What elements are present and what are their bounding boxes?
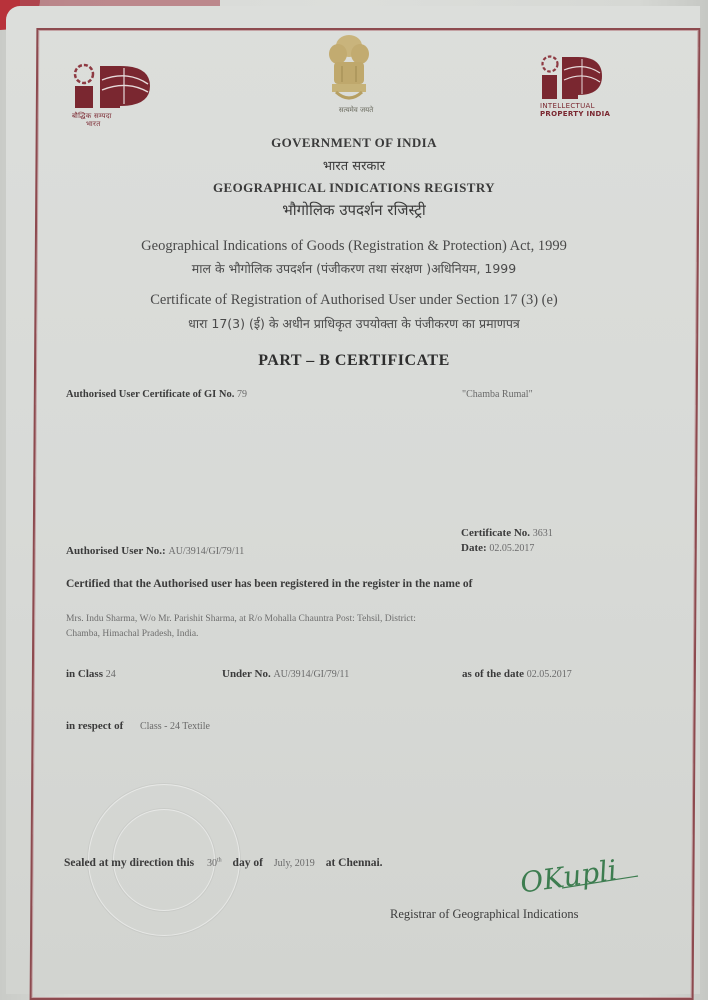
as-of-date-label: as of the date xyxy=(462,668,524,680)
ashoka-lion-emblem-icon xyxy=(324,32,374,106)
gi-label: Authorised User Certificate of GI No. xyxy=(66,389,234,400)
class-value: 24 xyxy=(106,669,116,680)
authorised-user-number: AU/3914/GI/79/11 xyxy=(168,546,244,557)
registry-title: GEOGRAPHICAL INDICATIONS REGISTRY xyxy=(0,180,708,196)
day-of-label: day of xyxy=(233,857,263,869)
authorised-user-row: Authorised User No.: AU/3914/GI/79/11 xyxy=(66,545,244,557)
as-of-date-value: 02.05.2017 xyxy=(527,669,572,680)
registry-title-hindi: भौगोलिक उपदर्शन रजिस्ट्री xyxy=(0,200,708,220)
right-logo-caption-1: INTELLECTUAL xyxy=(540,102,610,110)
in-respect-of-value: Class - 24 Textile xyxy=(140,721,210,732)
certificate-number: 3631 xyxy=(533,528,553,539)
emblem-caption: सत्यमेव जयते xyxy=(324,106,388,115)
under-number-row: Under No. AU/3914/GI/79/11 xyxy=(222,668,349,680)
under-number-label: Under No. xyxy=(222,668,271,680)
under-number-value: AU/3914/GI/79/11 xyxy=(273,669,349,680)
ip-logo-icon xyxy=(72,62,154,112)
certificate-number-row: Certificate No. 3631 xyxy=(461,527,553,539)
section-title: Certificate of Registration of Authorise… xyxy=(0,292,708,309)
sealed-statement: Sealed at my direction this 30th day of … xyxy=(64,857,383,869)
registrant-line-1: Mrs. Indu Sharma, W/o Mr. Parishit Sharm… xyxy=(66,612,656,627)
sealed-prefix: Sealed at my direction this xyxy=(64,857,194,869)
left-logo-caption-1: बौद्धिक सम्पदा xyxy=(72,112,154,120)
authorised-user-label: Authorised User No.: xyxy=(66,545,166,557)
government-title-hindi: भारत सरकार xyxy=(0,156,708,174)
sealed-place: at Chennai. xyxy=(326,857,383,869)
section-title-hindi: धारा 17(3) (ई) के अधीन प्राधिकृत उपयोक्त… xyxy=(0,315,708,332)
in-respect-of-label: in respect of xyxy=(66,720,123,732)
certificate-date-label: Date: xyxy=(461,542,487,554)
certified-statement: Certified that the Authorised user has b… xyxy=(66,578,473,590)
signatory-title: Registrar of Geographical Indications xyxy=(390,907,578,922)
gi-number-row: Authorised User Certificate of GI No. 79 xyxy=(66,389,247,400)
ip-india-logo-right: INTELLECTUAL PROPERTY INDIA xyxy=(540,54,610,118)
class-label: in Class xyxy=(66,668,103,680)
sealed-month-year: July, 2019 xyxy=(274,858,315,869)
signature-flourish-icon xyxy=(560,872,640,892)
sealed-day: 30th xyxy=(207,858,222,869)
act-title-hindi: माल के भौगोलिक उपदर्शन (पंजीकरण तथा संरक… xyxy=(0,260,708,277)
gi-name: "Chamba Rumal" xyxy=(462,389,533,400)
in-respect-of-row: in respect of Class - 24 Textile xyxy=(66,720,210,732)
ip-india-logo-left: बौद्धिक सम्पदा भारत xyxy=(72,62,154,128)
state-emblem: सत्यमेव जयते xyxy=(324,32,388,115)
certificate-date-row: Date: 02.05.2017 xyxy=(461,542,534,554)
act-title: Geographical Indications of Goods (Regis… xyxy=(0,238,708,255)
certificate-number-label: Certificate No. xyxy=(461,527,530,539)
registrant-details: Mrs. Indu Sharma, W/o Mr. Parishit Sharm… xyxy=(66,612,656,642)
certificate-title: PART – B CERTIFICATE xyxy=(0,352,708,370)
gi-number: 79 xyxy=(237,389,247,400)
left-logo-caption-2: भारत xyxy=(72,120,154,128)
ip-logo-icon xyxy=(540,54,604,102)
class-row: in Class 24 xyxy=(66,668,116,680)
certificate-date: 02.05.2017 xyxy=(489,543,534,554)
government-title: GOVERNMENT OF INDIA xyxy=(0,135,708,151)
registrant-line-2: Chamba, Himachal Pradesh, India. xyxy=(66,627,656,642)
right-logo-caption-2: PROPERTY INDIA xyxy=(540,110,610,118)
as-of-date-row: as of the date 02.05.2017 xyxy=(462,668,572,680)
